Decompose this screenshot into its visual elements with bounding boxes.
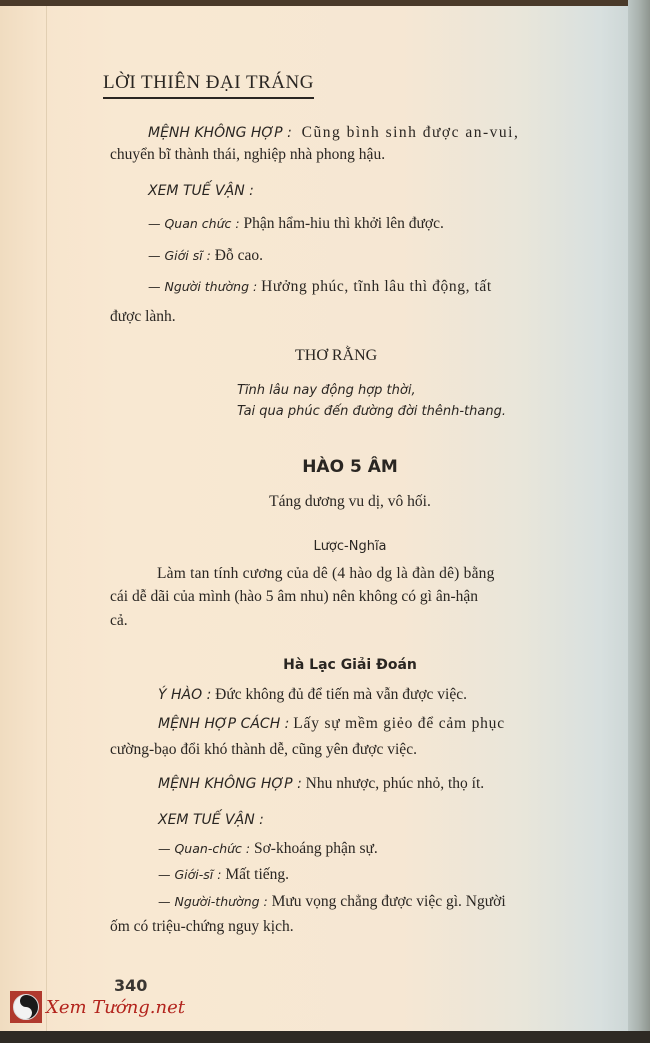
xem-tue-van-label: XEM TUẾ VẬN : <box>158 812 264 828</box>
tue-van-item-text: Mất tiếng. <box>225 866 289 883</box>
luoc-nghia-line: cái dễ dãi của mình (hào 5 âm nhu) nên k… <box>110 588 478 606</box>
menh-khong-hop-paragraph: MỆNH KHÔNG HỢP : Nhu nhược, phúc nhỏ, th… <box>158 775 484 793</box>
menh-khong-hop-label: MỆNH KHÔNG HỢP : <box>148 125 292 141</box>
poem-line: Tĩnh lâu nay động hợp thời, <box>237 383 416 398</box>
tue-van-item-label: — Người thường : <box>148 279 257 294</box>
poem-title: THƠ RẰNG <box>295 347 377 365</box>
tue-van-item-label: — Người-thường : <box>158 894 268 909</box>
menh-khong-hop-text-cont: chuyển bĩ thành thái, nghiệp nhà phong h… <box>110 146 385 164</box>
menh-hop-cach-text-cont: cường-bạo đổi khó thành dễ, cũng yên đượ… <box>110 741 417 759</box>
luoc-nghia-line: Làm tan tính cương của dê (4 hào dg là đ… <box>157 565 597 583</box>
luoc-nghia-title: Lược-Nghĩa <box>110 539 590 554</box>
tue-van-item-label: — Quan-chức : <box>158 841 250 856</box>
menh-khong-hop-text: Nhu nhược, phúc nhỏ, thọ ít. <box>306 775 484 792</box>
y-hao-label: Ý HÀO : <box>158 687 211 703</box>
tue-van-item: — Quan chức : Phận hẩm-hiu thì khởi lên … <box>148 215 444 233</box>
y-hao-text: Đức không đủ để tiến mà vẫn được việc. <box>215 686 467 703</box>
menh-khong-hop-text: Cũng bình sinh được an-vui, <box>302 124 520 141</box>
page-fold-line <box>46 6 47 1043</box>
tue-van-item-text: Mưu vọng chẳng được việc gì. Người <box>272 893 506 910</box>
section-title: HÀO 5 ÂM <box>110 457 590 477</box>
tue-van-item: — Giới-sĩ : Mất tiếng. <box>158 866 289 884</box>
tue-van-item-text: Hưởng phúc, tĩnh lâu thì động, tất <box>261 278 492 295</box>
yin-yang-icon <box>10 991 42 1023</box>
tue-van-item-continuation: được lành. <box>110 308 176 326</box>
tue-van-item: — Quan-chức : Sơ-khoáng phận sự. <box>158 840 378 858</box>
tue-van-item: — Người-thường : Mưu vọng chẳng được việ… <box>158 893 506 911</box>
tue-van-item-label: — Quan chức : <box>148 216 240 231</box>
tue-van-item-text: Phận hẩm-hiu thì khởi lên được. <box>243 215 443 232</box>
running-header: LỜI THIÊN ĐẠI TRÁNG <box>103 72 314 99</box>
poem-line: Tai qua phúc đến đường đời thênh-thang. <box>237 404 506 419</box>
tue-van-item-text: Sơ-khoáng phận sự. <box>254 840 378 857</box>
tue-van-item-label: — Giới sĩ : <box>148 248 211 263</box>
xem-tue-van-label: XEM TUẾ VẬN : <box>148 183 254 199</box>
tue-van-item-label: — Giới-sĩ : <box>158 867 221 882</box>
tue-van-item-text: Đỗ cao. <box>215 247 263 264</box>
watermark-text: Xem Tướng.net <box>46 997 185 1018</box>
scan-bottom-border <box>0 1031 650 1043</box>
tue-van-item-continuation: ốm có triệu-chứng nguy kịch. <box>110 918 294 936</box>
menh-khong-hop-label: MỆNH KHÔNG HỢP : <box>158 776 302 792</box>
y-hao-paragraph: Ý HÀO : Đức không đủ để tiến mà vẫn được… <box>158 686 467 704</box>
watermark-logo[interactable]: Xem Tướng.net <box>10 991 185 1023</box>
menh-hop-cach-paragraph: MỆNH HỢP CÁCH : Lấy sự mềm giẻo để cảm p… <box>158 715 505 733</box>
ha-lac-title: Hà Lạc Giải Đoán <box>110 657 590 673</box>
luoc-nghia-line: cả. <box>110 612 128 630</box>
menh-hop-cach-text: Lấy sự mềm giẻo để cảm phục <box>293 715 505 732</box>
tue-van-item: — Người thường : Hưởng phúc, tĩnh lâu th… <box>148 278 492 296</box>
section-subtitle: Táng dương vu dị, vô hối. <box>110 493 590 511</box>
tue-van-item: — Giới sĩ : Đỗ cao. <box>148 247 263 265</box>
book-spine <box>628 0 650 1043</box>
menh-hop-cach-label: MỆNH HỢP CÁCH : <box>158 716 289 732</box>
menh-khong-hop-paragraph: MỆNH KHÔNG HỢP : Cũng bình sinh được an-… <box>148 124 598 142</box>
